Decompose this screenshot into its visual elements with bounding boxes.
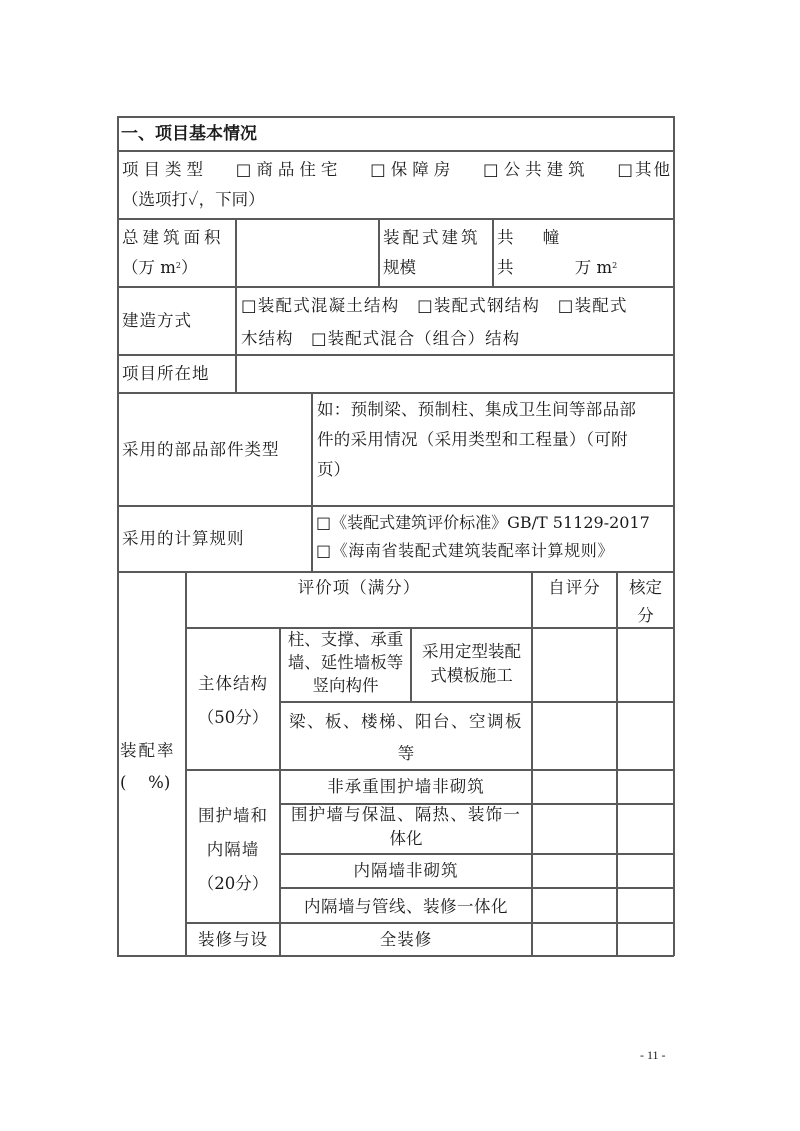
item-partition-integration: 内隔墙与管线、装修一体化 bbox=[281, 891, 531, 923]
section-title: 一、项目基本情况 bbox=[121, 118, 661, 150]
col-divider bbox=[311, 392, 313, 571]
self-score-input[interactable] bbox=[533, 855, 615, 886]
components-label: 采用的部品部件类型 bbox=[122, 394, 310, 505]
components-description[interactable]: 如：预制梁、预制柱、集成卫生间等部品部 件的采用情况（采用类型和工程量）（可附 … bbox=[317, 396, 673, 486]
verified-score-input[interactable] bbox=[618, 771, 673, 802]
self-score-input[interactable] bbox=[533, 805, 615, 852]
prefab-scale-label: 装配式建筑 规模 bbox=[383, 224, 491, 284]
construction-method-line2[interactable]: 木结构 □装配式混合（组合）结构 bbox=[241, 325, 673, 355]
item-envelope-integration: 围护墙与保温、隔热、装饰一 体化 bbox=[281, 803, 531, 851]
col-divider bbox=[378, 218, 380, 286]
page-number: - 11 - bbox=[640, 1048, 666, 1063]
total-area-label: 总建筑面积 （万 m2） bbox=[122, 224, 234, 284]
prefab-scale-values: 共 幢 共 万 m2 bbox=[497, 224, 672, 284]
self-score-input[interactable] bbox=[533, 703, 615, 768]
row-divider bbox=[117, 218, 674, 220]
option-public-building[interactable]: □公共建筑 bbox=[483, 156, 590, 186]
verified-score-input[interactable] bbox=[618, 855, 673, 886]
project-type-label: 项目类型 bbox=[122, 156, 208, 186]
verified-score-input[interactable] bbox=[618, 924, 673, 955]
prefab-area-field[interactable]: 共 万 m2 bbox=[497, 254, 672, 284]
self-score-input[interactable] bbox=[533, 889, 615, 921]
item-beams-slabs: 梁、板、楼梯、阳台、空调板 等 bbox=[281, 708, 531, 768]
group-main-structure: 主体结构 （50分） bbox=[187, 670, 279, 734]
row-divider bbox=[117, 571, 674, 573]
item-partition-nonmasonry: 内隔墙非砌筑 bbox=[281, 855, 531, 887]
construction-method-line1[interactable]: □装配式混凝土结构 □装配式钢结构 □装配式 bbox=[241, 292, 673, 325]
header-evaluation-item: 评价项（满分） bbox=[187, 574, 531, 604]
option-affordable-housing[interactable]: □保障房 bbox=[370, 156, 455, 186]
verified-score-input[interactable] bbox=[618, 629, 673, 700]
project-type-note: （选项打✓，下同） bbox=[122, 186, 672, 216]
col-divider bbox=[492, 218, 494, 286]
document-page: 一、项目基本情况 项目类型 □商品住宅 □保障房 □公共建筑 □其他 （选项打✓… bbox=[0, 0, 800, 1131]
self-score-input[interactable] bbox=[533, 924, 615, 955]
item-full-decoration: 全装修 bbox=[281, 924, 531, 955]
project-type-row: 项目类型 □商品住宅 □保障房 □公共建筑 □其他 （选项打✓，下同） bbox=[122, 156, 672, 216]
self-score-input[interactable] bbox=[533, 771, 615, 802]
calc-rules-label: 采用的计算规则 bbox=[122, 507, 310, 571]
verified-score-input[interactable] bbox=[618, 889, 673, 921]
verified-score-input[interactable] bbox=[618, 703, 673, 768]
table-border-left bbox=[117, 116, 119, 956]
calc-rule-national-standard[interactable]: □《装配式建筑评价标准》GB/T 51129-2017 bbox=[316, 509, 674, 537]
building-count-field[interactable]: 共 幢 bbox=[497, 224, 672, 254]
header-verified-score: 核定 分 bbox=[618, 574, 673, 630]
construction-method-options: □装配式混凝土结构 □装配式钢结构 □装配式 木结构 □装配式混合（组合）结构 bbox=[241, 292, 673, 355]
group-decoration-equipment: 装修与设 bbox=[187, 924, 279, 955]
option-other[interactable]: □其他 bbox=[617, 156, 672, 186]
verified-score-input[interactable] bbox=[618, 805, 673, 852]
location-input[interactable] bbox=[237, 356, 672, 392]
self-score-input[interactable] bbox=[533, 629, 615, 700]
assembly-rate-percent-field[interactable]: ( %) bbox=[120, 769, 184, 799]
construction-method-label: 建造方式 bbox=[122, 288, 232, 354]
assembly-rate-label: 装配率 ( %) bbox=[120, 737, 184, 799]
calc-rules-options: □《装配式建筑评价标准》GB/T 51129-2017 □《海南省装配式建筑装配… bbox=[316, 509, 674, 565]
location-label: 项目所在地 bbox=[122, 356, 232, 392]
item-formwork-method: 采用定型装配 式模板施工 bbox=[412, 640, 531, 688]
row-divider bbox=[117, 150, 674, 152]
total-area-input[interactable] bbox=[237, 220, 377, 285]
calc-rule-hainan[interactable]: □《海南省装配式建筑装配率计算规则》 bbox=[316, 537, 674, 565]
item-nonbearing-envelope: 非承重围护墙非砌筑 bbox=[281, 771, 531, 803]
item-vertical-components: 柱、支撑、承重 墙、延性墙板等 竖向构件 bbox=[281, 628, 410, 697]
option-commercial-housing[interactable]: □商品住宅 bbox=[236, 156, 343, 186]
header-self-score: 自评分 bbox=[533, 574, 616, 602]
table-border-bottom bbox=[117, 955, 674, 957]
group-envelope-partition: 围护墙和 内隔墙 （20分） bbox=[187, 802, 279, 900]
